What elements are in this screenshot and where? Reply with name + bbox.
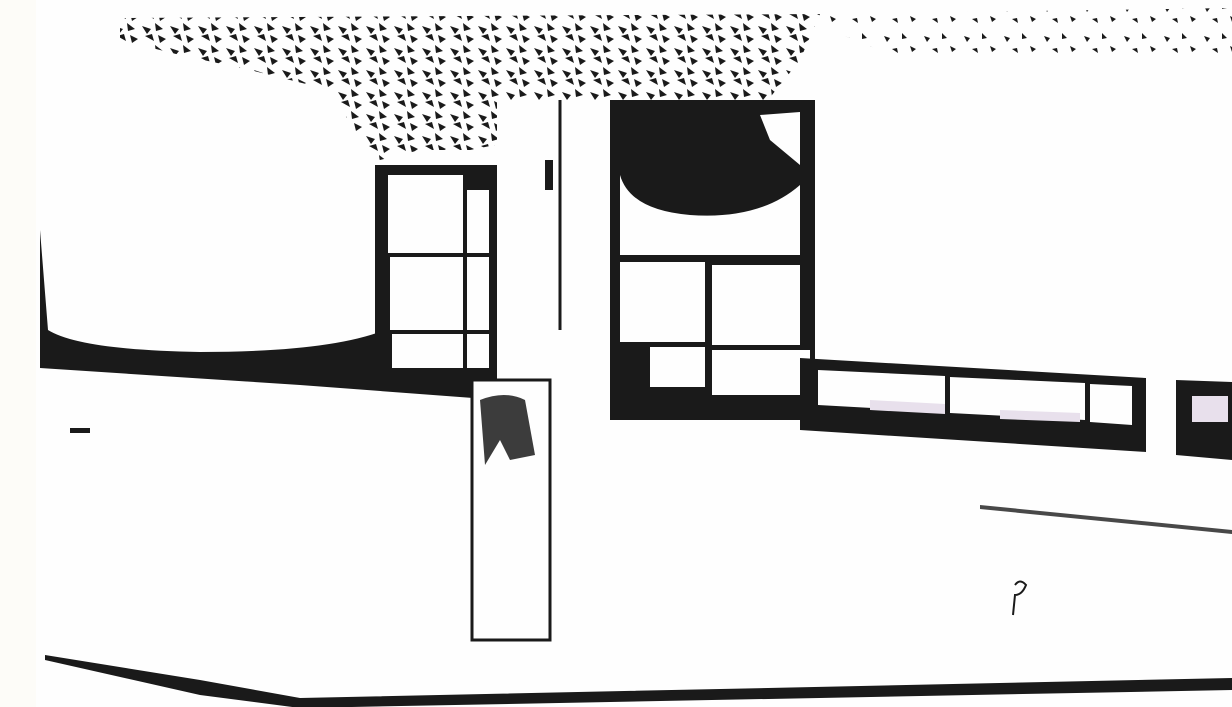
photograph: [0, 0, 1232, 707]
left-window: [375, 165, 500, 375]
pavement-edge: [45, 428, 1232, 707]
right-window-band: [800, 358, 1232, 460]
central-window: [610, 100, 815, 420]
right-wall-panel: [815, 60, 1232, 360]
